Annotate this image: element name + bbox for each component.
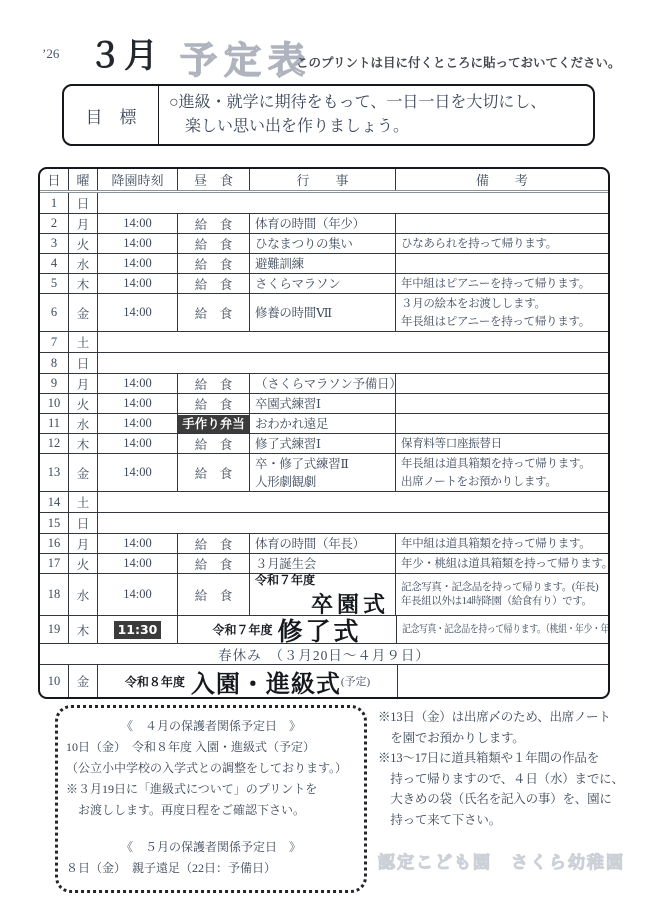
cell-weekday: 月	[69, 534, 98, 553]
cell-time: 14:00	[98, 234, 178, 253]
cell-weekday: 日	[69, 513, 98, 533]
cell-weekday: 土	[69, 492, 98, 512]
april-line-4: お渡しします。再度日程をご確認下さい。	[66, 800, 356, 821]
time-inverted-badge: 11:30	[114, 621, 162, 639]
cell-note: 記念写真・記念品を持って帰ります。（桃組・年少・年中）	[397, 616, 608, 643]
cell-ceremony-merged: 令和８年度入園・進級式(予定)	[98, 665, 398, 697]
cell-ceremony-merged: 令和７年度修了式	[178, 616, 397, 643]
table-row: 3火14:00給 食ひなまつりの集いひなあられを持って帰ります。	[40, 234, 608, 254]
cell-time: 14:00	[98, 214, 178, 233]
cell-time: 14:00	[98, 374, 178, 393]
header-cell: 昼 食	[178, 169, 250, 190]
cell-note: 年中組は道具箱類を持って帰ります。	[396, 534, 608, 553]
cell-note	[398, 665, 608, 697]
schedule-print-page: ’26 ３月 予定表 このプリントは目に付くところに貼っておいてください。 目 …	[0, 0, 648, 898]
ceremony-name: 修了式	[278, 616, 362, 643]
cell-day: 13	[40, 454, 69, 491]
goal-text: ○進級・就学に期待をもって、一日一日を大切にし、 楽しい思い出を作りましょう。	[159, 86, 593, 144]
cell-weekday: 水	[69, 254, 98, 273]
cell-lunch: 給 食	[178, 234, 250, 253]
cell-lunch: 給 食	[178, 374, 250, 393]
table-row: 8日	[40, 353, 608, 374]
cell-day: 10	[40, 665, 69, 697]
cell-weekday: 木	[69, 616, 98, 643]
cell-lunch: 給 食	[178, 274, 250, 293]
table-row: 1日	[40, 193, 608, 214]
may-title: 《 ５月の保護者関係予定日 》	[66, 837, 356, 858]
goal-line-2: 楽しい思い出を作りましょう。	[169, 115, 583, 139]
kindergarten-name-logo: 認定こども園 さくら幼稚園	[378, 848, 625, 873]
cell-day: 16	[40, 534, 69, 553]
ceremony-prefix: 令和８年度	[125, 673, 185, 690]
cell-empty-span	[98, 353, 608, 373]
cell-note	[396, 254, 608, 273]
cell-weekday: 日	[69, 353, 98, 373]
cell-event: さくらマラソン	[250, 274, 396, 293]
side-note-line-1: ※13日（金）は出席〆のため、出席ノート	[378, 707, 640, 728]
table-row: 13金14:00給 食卒・修了式練習Ⅱ人形劇観劇年長組は道具箱類を持って帰ります…	[40, 454, 608, 492]
header-cell: 曜	[69, 169, 98, 190]
may-line-1: ８日（金） 親子遠足（22日：予備日）	[66, 858, 356, 879]
cell-weekday: 火	[69, 234, 98, 253]
spring-break-cell: 春休み （３月20日～４月９日）	[40, 644, 608, 664]
cell-lunch: 給 食	[178, 254, 250, 273]
note-line: 年中組はピアニーを持って帰ります。	[401, 275, 590, 293]
note-line: 年少・桃組は道具箱類を持って帰ります。	[401, 555, 608, 573]
ceremony-name: 卒園式	[311, 588, 395, 616]
side-notes: ※13日（金）は出席〆のため、出席ノート を園でお預かりします。 ※13～17日…	[378, 707, 640, 830]
table-row: 11水14:00手作り弁当おわかれ遠足	[40, 414, 608, 434]
cell-day: 4	[40, 254, 69, 273]
table-row: 10火14:00給 食卒園式練習Ⅰ	[40, 394, 608, 414]
event-line: 避難訓練	[255, 255, 304, 273]
month-title: ３月	[88, 28, 160, 77]
cell-time: 14:00	[98, 414, 178, 433]
cell-event: ひなまつりの集い	[250, 234, 396, 253]
cell-weekday: 木	[69, 434, 98, 453]
header-cell: 備 考	[396, 169, 608, 190]
cell-day: 15	[40, 513, 69, 533]
cell-time: 14:00	[98, 294, 178, 331]
goal-line-1: ○進級・就学に期待をもって、一日一日を大切にし、	[169, 91, 583, 115]
cell-lunch: 給 食	[178, 554, 250, 573]
cell-note: ひなあられを持って帰ります。	[396, 234, 608, 253]
goal-box: 目 標 ○進級・就学に期待をもって、一日一日を大切にし、 楽しい思い出を作りまし…	[62, 84, 595, 146]
cell-event: 卒・修了式練習Ⅱ人形劇観劇	[250, 454, 396, 491]
table-row: 19木11:30令和７年度修了式記念写真・記念品を持って帰ります。（桃組・年少・…	[40, 616, 608, 644]
note-line: 年長組は道具箱類を持って帰ります。	[401, 455, 590, 473]
cell-note: 年長組は道具箱類を持って帰ります。出席ノートをお預かりします。	[396, 454, 608, 491]
note-line: ひなあられを持って帰ります。	[401, 235, 557, 253]
event-line: 卒園式練習Ⅰ	[255, 395, 321, 413]
cell-weekday: 木	[69, 274, 98, 293]
cell-lunch: 手作り弁当	[178, 414, 250, 433]
april-title: 《 ４月の保護者関係予定日 》	[66, 716, 356, 737]
event-line: さくらマラソン	[255, 275, 340, 293]
cell-day: 14	[40, 492, 69, 512]
cell-time: 14:00	[98, 274, 178, 293]
cell-lunch: 給 食	[178, 294, 250, 331]
table-row: 5木14:00給 食さくらマラソン年中組はピアニーを持って帰ります。	[40, 274, 608, 294]
event-line: 体育の時間（年長）	[255, 535, 365, 553]
cell-note: 年少・桃組は道具箱類を持って帰ります。	[396, 554, 608, 573]
ceremony-name: 入園・進級式	[191, 665, 341, 697]
goal-label: 目 標	[64, 86, 159, 144]
event-line: ひなまつりの集い	[255, 235, 353, 253]
parent-schedule-box: 《 ４月の保護者関係予定日 》 10日（金） 令和８年度 入園・進級式（予定） …	[55, 705, 367, 893]
table-row: 2月14:00給 食体育の時間（年少）	[40, 214, 608, 234]
cell-note	[396, 414, 608, 433]
cell-day: 3	[40, 234, 69, 253]
cell-time: 14:00	[98, 254, 178, 273]
cell-lunch: 給 食	[178, 394, 250, 413]
note-line: ３月の絵本をお渡しします。	[401, 295, 546, 313]
table-row: 17火14:00給 食３月誕生会年少・桃組は道具箱類を持って帰ります。	[40, 554, 608, 574]
cell-day: 5	[40, 274, 69, 293]
cell-time: 14:00	[98, 574, 178, 615]
april-line-1: 10日（金） 令和８年度 入園・進級式（予定）	[66, 737, 356, 758]
cell-lunch: 給 食	[178, 534, 250, 553]
april-line-2: （公立小中学校の入学式との調整をしております。）	[66, 758, 356, 779]
side-note-line-3: ※13～17日に道具箱類や１年間の作品を	[378, 748, 640, 769]
cell-event: ３月誕生会	[250, 554, 396, 573]
ceremony-prefix: 令和７年度	[212, 621, 272, 638]
cell-day: 17	[40, 554, 69, 573]
header-cell: 行 事	[250, 169, 396, 190]
cell-lunch: 給 食	[178, 454, 250, 491]
cell-lunch: 給 食	[178, 214, 250, 233]
note-line: 年長組以外は14時降園（給食有り）です。	[401, 595, 592, 609]
cell-weekday: 土	[69, 332, 98, 352]
cell-weekday: 金	[69, 454, 98, 491]
side-note-line-2: を園でお預かりします。	[378, 728, 640, 749]
schedule-table: 日曜降園時刻昼 食行 事備 考1日2月14:00給 食体育の時間（年少）3火14…	[38, 167, 610, 699]
spacer	[66, 821, 356, 837]
note-line: 保育料等口座振替日	[401, 435, 502, 453]
year-tag: ’26	[42, 46, 59, 62]
cell-time: 14:00	[98, 394, 178, 413]
cell-weekday: 月	[69, 214, 98, 233]
cell-note	[396, 394, 608, 413]
table-row: 14土	[40, 492, 608, 513]
side-note-line-4: 持って帰りますので、４日（水）までに、	[378, 769, 640, 790]
cell-day: 2	[40, 214, 69, 233]
event-line: 体育の時間（年少）	[255, 215, 365, 233]
cell-time: 14:00	[98, 554, 178, 573]
cell-day: 12	[40, 434, 69, 453]
doc-title-outline: 予定表	[180, 30, 312, 84]
april-line-3: ※３月19日に「進級式について」のプリントを	[66, 779, 356, 800]
event-line: 修了式練習Ⅰ	[255, 435, 321, 453]
table-row: 18水14:00給 食令和７年度卒園式記念写真・記念品を持って帰ります。(年長)…	[40, 574, 608, 616]
event-line: 修養の時間Ⅶ	[255, 304, 332, 322]
note-line: 出席ノートをお預かりします。	[401, 473, 557, 491]
cell-lunch: 給 食	[178, 574, 250, 615]
cell-weekday: 水	[69, 414, 98, 433]
cell-empty-span	[98, 332, 608, 352]
event-line: おわかれ遠足	[255, 415, 328, 433]
cell-day: 11	[40, 414, 69, 433]
cell-empty-span	[98, 492, 608, 512]
header-cell: 降園時刻	[98, 169, 178, 190]
side-note-line-6: 持って来て下さい。	[378, 810, 640, 831]
cell-empty-span	[98, 513, 608, 533]
cell-note: 保育料等口座振替日	[396, 434, 608, 453]
cell-weekday: 金	[69, 294, 98, 331]
lunch-inverted-badge: 手作り弁当	[178, 415, 249, 433]
cell-event: おわかれ遠足	[250, 414, 396, 433]
note-line: 年長組はピアニーを持って帰ります。	[401, 313, 590, 331]
cell-time: 14:00	[98, 534, 178, 553]
table-row: 10金令和８年度入園・進級式(予定)	[40, 665, 608, 697]
cell-event: 修養の時間Ⅶ	[250, 294, 396, 331]
cell-day: 6	[40, 294, 69, 331]
cell-event: （さくらマラソン予備日）	[250, 374, 396, 393]
cell-note	[396, 214, 608, 233]
table-row: 4水14:00給 食避難訓練	[40, 254, 608, 274]
table-row: 6金14:00給 食修養の時間Ⅶ３月の絵本をお渡しします。年長組はピアニーを持っ…	[40, 294, 608, 332]
event-line: （さくらマラソン予備日）	[255, 375, 396, 393]
cell-day: 10	[40, 394, 69, 413]
note-line: 記念写真・記念品を持って帰ります。(年長)	[401, 581, 598, 595]
cell-time: 11:30	[98, 616, 178, 643]
table-row: 15日	[40, 513, 608, 534]
cell-weekday: 月	[69, 374, 98, 393]
cell-day: 7	[40, 332, 69, 352]
note-line: 年中組は道具箱類を持って帰ります。	[401, 535, 590, 553]
table-row: 16月14:00給 食体育の時間（年長）年中組は道具箱類を持って帰ります。	[40, 534, 608, 554]
table-row: 12木14:00給 食修了式練習Ⅰ保育料等口座振替日	[40, 434, 608, 454]
cell-day: 18	[40, 574, 69, 615]
cell-time: 14:00	[98, 434, 178, 453]
cell-event: 令和７年度卒園式	[250, 574, 396, 615]
cell-day: 19	[40, 616, 69, 643]
table-row: 9月14:00給 食（さくらマラソン予備日）	[40, 374, 608, 394]
ceremony-prefix: 令和７年度	[255, 574, 315, 588]
cell-event: 体育の時間（年少）	[250, 214, 396, 233]
table-header-row: 日曜降園時刻昼 食行 事備 考	[40, 169, 608, 193]
cell-weekday: 水	[69, 574, 98, 615]
table-row: 7土	[40, 332, 608, 353]
cell-day: 1	[40, 193, 69, 213]
cell-note	[396, 374, 608, 393]
cell-weekday: 日	[69, 193, 98, 213]
cell-weekday: 火	[69, 394, 98, 413]
event-line: 人形劇観劇	[255, 473, 316, 491]
cell-event: 卒園式練習Ⅰ	[250, 394, 396, 413]
side-note-line-5: 大きめの袋（氏名を記入の事）を、園に	[378, 789, 640, 810]
cell-note: 記念写真・記念品を持って帰ります。(年長)年長組以外は14時降園（給食有り）です…	[396, 574, 608, 615]
cell-weekday: 火	[69, 554, 98, 573]
cell-event: 修了式練習Ⅰ	[250, 434, 396, 453]
cell-empty-span	[98, 193, 608, 213]
cell-event: 避難訓練	[250, 254, 396, 273]
cell-time: 14:00	[98, 454, 178, 491]
posting-notice: このプリントは目に付くところに貼っておいてください。	[296, 53, 621, 71]
cell-day: 9	[40, 374, 69, 393]
cell-event: 体育の時間（年長）	[250, 534, 396, 553]
note-line: 記念写真・記念品を持って帰ります。（桃組・年少・年中）	[402, 623, 608, 637]
cell-lunch: 給 食	[178, 434, 250, 453]
event-line: ３月誕生会	[255, 555, 316, 573]
cell-note: ３月の絵本をお渡しします。年長組はピアニーを持って帰ります。	[396, 294, 608, 331]
header-cell: 日	[40, 169, 69, 190]
cell-note: 年中組はピアニーを持って帰ります。	[396, 274, 608, 293]
cell-day: 8	[40, 353, 69, 373]
cell-weekday: 金	[69, 665, 98, 697]
table-row: 春休み （３月20日～４月９日）	[40, 644, 608, 665]
event-line: 卒・修了式練習Ⅱ	[255, 455, 349, 473]
ceremony-suffix: (予定)	[341, 673, 370, 689]
